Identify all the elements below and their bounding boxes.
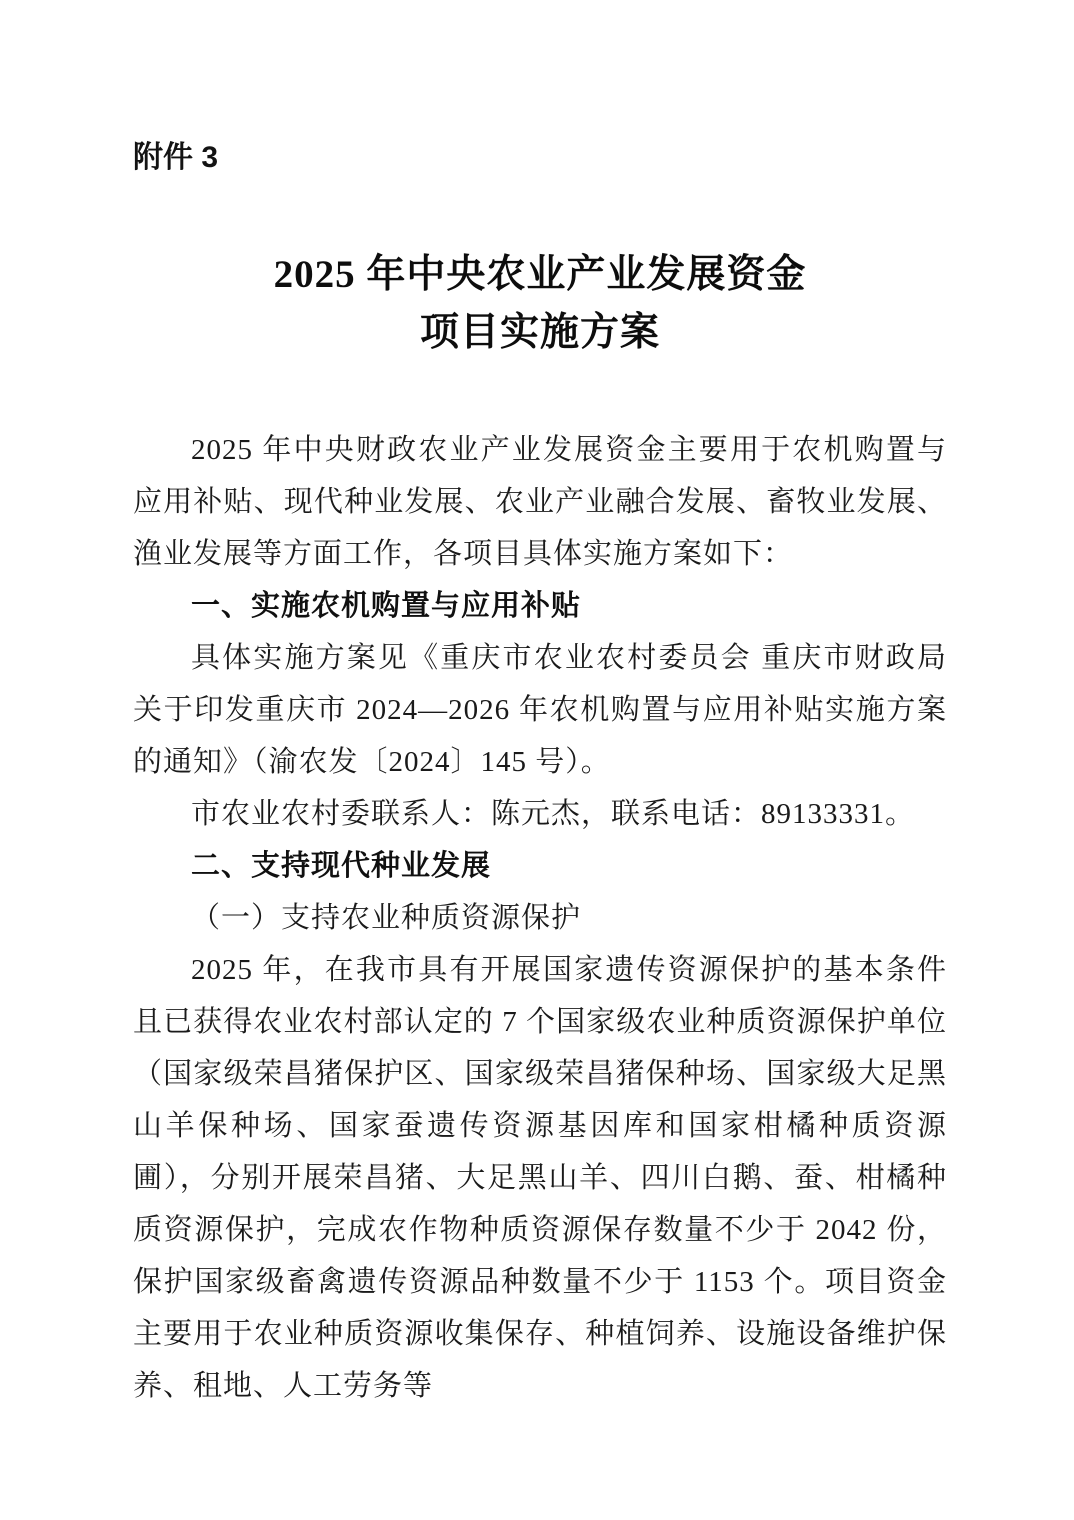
page-content: 附件 3 2025 年中央农业产业发展资金 项目实施方案 2025 年中央财政农… <box>0 0 1074 1412</box>
paragraph-plan-reference: 具体实施方案见《重庆市农业农村委员会 重庆市财政局关于印发重庆市 2024—20… <box>133 632 947 788</box>
document-title-line-2: 项目实施方案 <box>133 304 947 362</box>
document-body: 2025 年中央财政农业产业发展资金主要用于农机购置与应用补贴、现代种业发展、农… <box>133 424 947 1412</box>
heading-section-2: 二、支持现代种业发展 <box>133 840 947 892</box>
document-title-line-1: 2025 年中央农业产业发展资金 <box>133 246 947 304</box>
attachment-label: 附件 3 <box>133 138 947 178</box>
document-page: 附件 3 2025 年中央农业产业发展资金 项目实施方案 2025 年中央财政农… <box>0 0 1074 1520</box>
document-title: 2025 年中央农业产业发展资金 项目实施方案 <box>133 246 947 362</box>
heading-section-1: 一、实施农机购置与应用补贴 <box>133 580 947 632</box>
paragraph-intro: 2025 年中央财政农业产业发展资金主要用于农机购置与应用补贴、现代种业发展、农… <box>133 424 947 580</box>
paragraph-germplasm-protection: 2025 年，在我市具有开展国家遗传资源保护的基本条件且已获得农业农村部认定的 … <box>133 944 947 1412</box>
paragraph-contact-info: 市农业农村委联系人：陈元杰，联系电话：89133331。 <box>133 788 947 840</box>
subheading-section-2-1: （一）支持农业种质资源保护 <box>133 892 947 944</box>
